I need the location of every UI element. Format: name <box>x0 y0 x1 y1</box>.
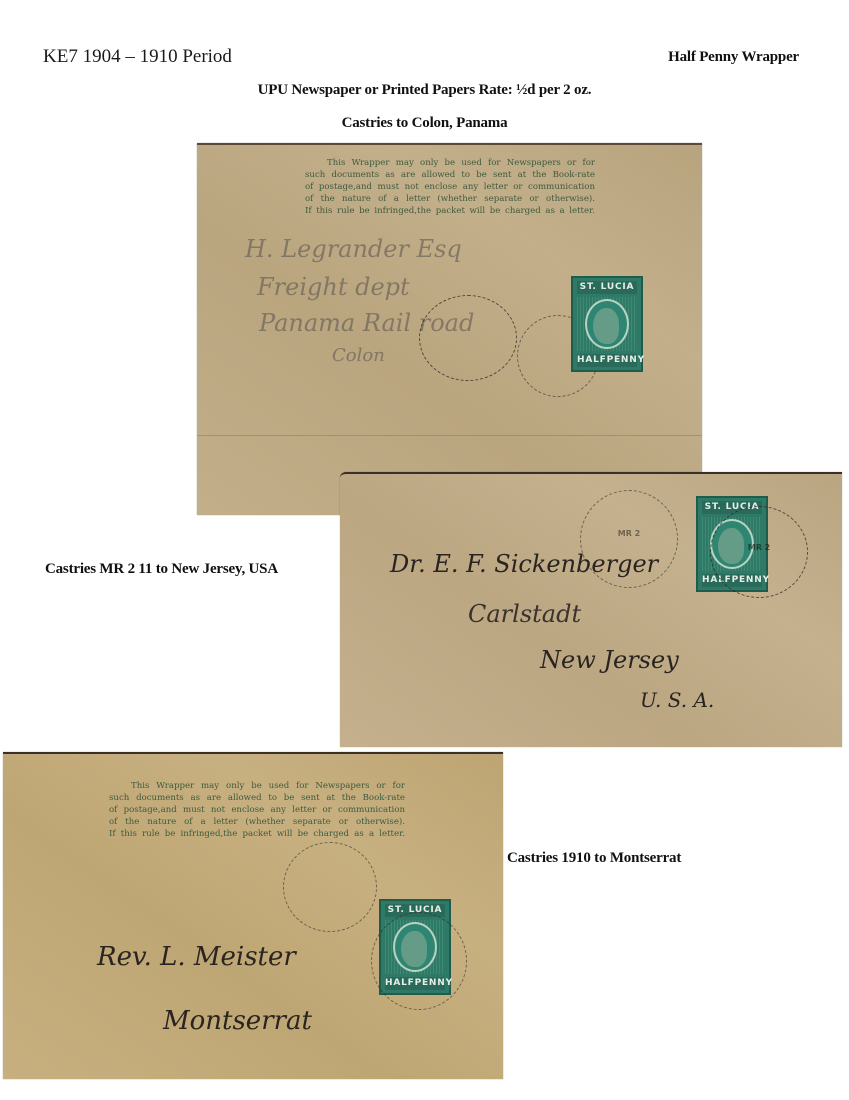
fold-line <box>197 435 702 436</box>
wrapper-notice: This Wrapper may only be used for Newspa… <box>305 157 595 217</box>
address-line: New Jersey <box>540 646 679 674</box>
postmark <box>283 842 377 932</box>
postmark <box>371 912 467 1010</box>
address-line: Carlstadt <box>468 600 581 628</box>
address-line: H. Legrander Esq <box>245 235 462 263</box>
address-line: Dr. E. F. Sickenberger <box>390 550 658 578</box>
wrapper-montserrat: This Wrapper may only be used for Newspa… <box>3 752 503 1079</box>
address-line: U. S. A. <box>640 688 714 712</box>
page-title: KE7 1904 – 1910 Period <box>43 46 232 68</box>
address-line: Freight dept <box>257 273 410 301</box>
caption-colon: Castries to Colon, Panama <box>0 115 849 132</box>
address-line: Rev. L. Meister <box>97 942 296 972</box>
king-portrait-icon <box>593 308 619 344</box>
wrapper-colon-panama: This Wrapper may only be used for Newspa… <box>197 143 702 515</box>
rate-title: UPU Newspaper or Printed Papers Rate: ½d… <box>0 82 849 99</box>
wrapper-type-title: Half Penny Wrapper <box>668 49 799 66</box>
caption-new-jersey: Castries MR 2 11 to New Jersey, USA <box>45 561 278 578</box>
caption-montserrat: Castries 1910 to Montserrat <box>507 850 681 867</box>
wrapper-notice: This Wrapper may only be used for Newspa… <box>109 780 405 840</box>
address-line: Montserrat <box>163 1006 312 1036</box>
address-line: Colon <box>332 345 385 366</box>
postmark <box>419 295 517 381</box>
wrapper-new-jersey: MR 2 ST. LUCIA HALFPENNY MR 2 Dr. E. F. … <box>340 472 842 747</box>
postmark: MR 2 <box>710 506 808 598</box>
stamp-halfpenny: ST. LUCIA HALFPENNY <box>571 276 643 372</box>
